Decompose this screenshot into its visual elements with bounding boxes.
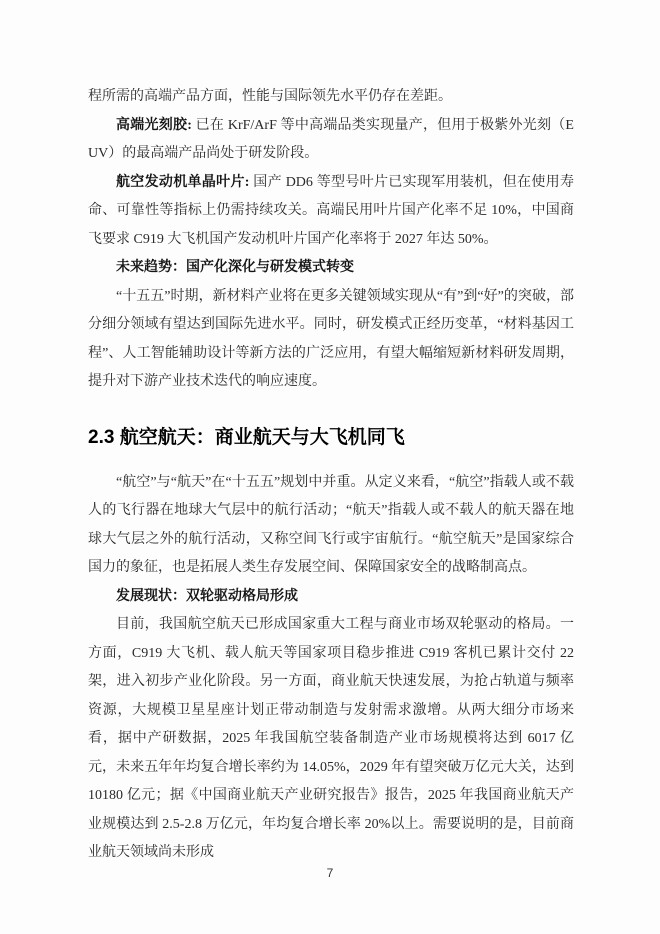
paragraph-continuation: 程所需的高端产品方面，性能与国际领先水平仍存在差距。 <box>88 83 574 112</box>
paragraph-development-status: 目前，我国航空航天已形成国家重大工程与商业市场双轮驱动的格局。一方面，C919 … <box>88 611 574 868</box>
runin-label-turbine-blade: 航空发动机单晶叶片: <box>116 175 249 190</box>
page-number: 7 <box>0 866 660 880</box>
paragraph-photoresist: 高端光刻胶: 已在 KrF/ArF 等中高端品类实现量产，但用于极紫外光刻（EU… <box>88 112 574 169</box>
runin-label-photoresist: 高端光刻胶: <box>116 118 192 133</box>
paragraph-turbine-blade: 航空发动机单晶叶片: 国产 DD6 等型号叶片已实现军用装机，但在使用寿命、可靠… <box>88 169 574 255</box>
subheading-future-trend: 未来趋势：国产化深化与研发模式转变 <box>88 254 574 283</box>
paragraph-future-trend: “十五五”时期，新材料产业将在更多关键领域实现从“有”到“好”的突破，部分细分领… <box>88 283 574 397</box>
document-page: 程所需的高端产品方面，性能与国际领先水平仍存在差距。 高端光刻胶: 已在 KrF… <box>0 0 660 934</box>
document-content: 程所需的高端产品方面，性能与国际领先水平仍存在差距。 高端光刻胶: 已在 KrF… <box>88 83 574 868</box>
section-heading-2-3: 2.3 航空航天：商业航天与大飞机同飞 <box>88 424 574 451</box>
paragraph-aerospace-intro: “航空”与“航天”在“十五五”规划中并重。从定义来看，“航空”指载人或不载人的飞… <box>88 469 574 583</box>
subheading-development-status: 发展现状：双轮驱动格局形成 <box>88 583 574 612</box>
